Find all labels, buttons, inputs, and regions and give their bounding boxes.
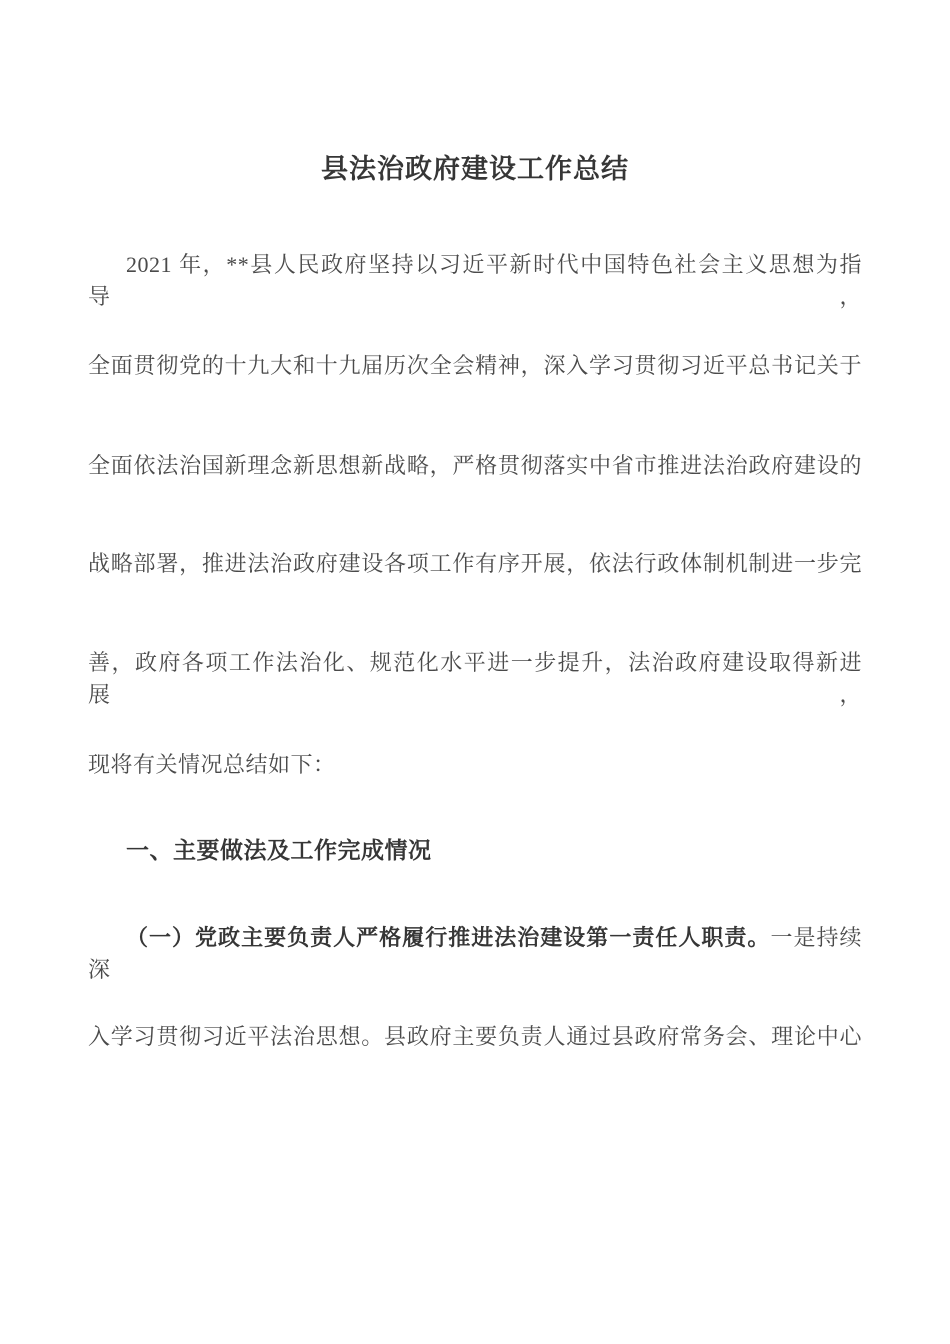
paragraph1-line2: 全面贯彻党的十九大和十九届历次全会精神，深入学习贯彻习近平总书记关于 [88,350,862,382]
paragraph1-line3: 全面依法治国新理念新思想新战略，严格贯彻落实中省市推进法治政府建设的 [88,450,862,482]
section-heading-1: 一、主要做法及工作完成情况 [88,835,862,867]
paragraph1-line1: 2021 年，**县人民政府坚持以习近平新时代中国特色社会主义思想为指导， [88,249,862,313]
paragraph2-line1: （一）党政主要负责人严格履行推进法治建设第一责任人职责。一是持续深 [88,922,862,986]
paragraph1-line5: 善，政府各项工作法治化、规范化水平进一步提升，法治政府建设取得新进展， [88,647,862,711]
paragraph1-line6: 现将有关情况总结如下： [88,749,862,781]
document-title: 县法治政府建设工作总结 [88,151,862,187]
paragraph2-line2: 入学习贯彻习近平法治思想。县政府主要负责人通过县政府常务会、理论中心 [88,1021,862,1053]
document-page: 县法治政府建设工作总结 2021 年，**县人民政府坚持以习近平新时代中国特色社… [0,0,950,1344]
paragraph2-line1-bold-segment: （一）党政主要负责人严格履行推进法治建设第一责任人职责。 [126,925,770,950]
paragraph1-line4: 战略部署，推进法治政府建设各项工作有序开展，依法行政体制机制进一步完 [88,548,862,580]
